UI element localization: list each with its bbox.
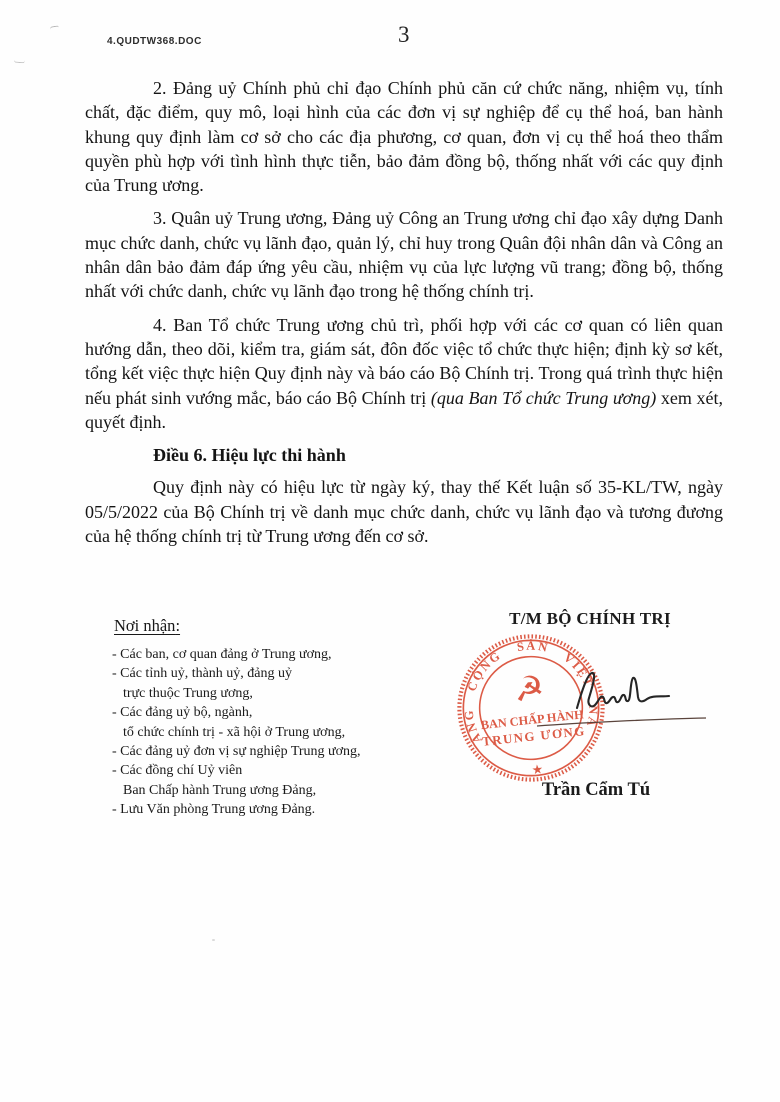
- signature-pen-line: [536, 714, 708, 733]
- star-icon: ★: [531, 762, 544, 778]
- file-reference: 4.QUDTW368.DOC: [107, 36, 202, 47]
- scan-artifact: [50, 25, 60, 31]
- recipient-line: - Lưu Văn phòng Trung ương Đảng.: [112, 800, 412, 819]
- scan-artifact: [14, 57, 25, 64]
- recipient-line: - Các ban, cơ quan đảng ở Trung ương,: [112, 645, 412, 664]
- article-heading: Điều 6. Hiệu lực thi hành: [85, 443, 723, 467]
- recipient-line: Ban Chấp hành Trung ương Đảng,: [112, 781, 412, 800]
- recipient-line: - Các tỉnh uỷ, thành uỷ, đảng uỷ: [112, 664, 412, 683]
- paragraph-5: Quy định này có hiệu lực từ ngày ký, tha…: [85, 475, 723, 548]
- handwritten-signature: [572, 664, 672, 721]
- paragraph-4: 4. Ban Tổ chức Trung ương chủ trì, phối …: [85, 313, 723, 434]
- document-page: 4.QUDTW368.DOC 3 2. Đảng uỷ Chính phủ ch…: [0, 0, 780, 1102]
- paragraph-3: 3. Quân uỷ Trung ương, Đảng uỷ Công an T…: [85, 206, 723, 303]
- page-number: 3: [398, 22, 410, 48]
- paragraph-4-italic: (qua Ban Tổ chức Trung ương): [431, 388, 656, 408]
- paragraph-2: 2. Đảng uỷ Chính phủ chỉ đạo Chính phủ c…: [85, 76, 723, 197]
- hammer-and-sickle-icon: ☭: [512, 668, 546, 710]
- recipient-line: trực thuộc Trung ương,: [112, 684, 412, 703]
- scan-artifact: [212, 939, 215, 941]
- recipient-line: - Các đảng uỷ bộ, ngành,: [112, 703, 412, 722]
- recipients-list: - Các ban, cơ quan đảng ở Trung ương, - …: [112, 645, 412, 820]
- recipient-line: - Các đồng chí Uỷ viên: [112, 761, 412, 780]
- recipient-line: - Các đảng uỷ đơn vị sự nghiệp Trung ươn…: [112, 742, 412, 761]
- document-body: 2. Đảng uỷ Chính phủ chỉ đạo Chính phủ c…: [85, 76, 723, 557]
- recipients-label: Nơi nhận:: [114, 616, 180, 636]
- signer-name: Trần Cẩm Tú: [455, 780, 737, 801]
- recipient-line: tổ chức chính trị - xã hội ở Trung ương,: [112, 723, 412, 742]
